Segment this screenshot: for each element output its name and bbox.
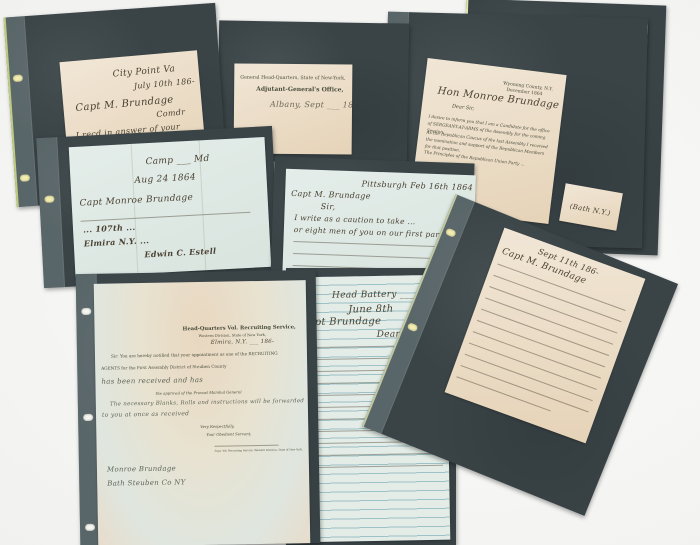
- recruiting-service-form: Head-Quarters Vol. Recruiting Service, W…: [94, 280, 311, 545]
- letter-body: I write as a caution to take ...: [294, 213, 416, 226]
- form-recipient-name: Monroe Brundage: [107, 464, 176, 473]
- letter-dateline: Pittsburgh Feb 16th 1864: [361, 179, 473, 192]
- binder-hole: [13, 74, 23, 82]
- photograph-scene: Pittsburgh Feb 1 1864 ... that your ... …: [0, 0, 700, 545]
- form-handwritten: has been received and has: [101, 376, 203, 386]
- binder-hole: [85, 524, 95, 531]
- form-date: Elmira, N.Y. ___ 186-: [211, 339, 275, 346]
- letter-body: Elmira N.Y. ...: [84, 235, 150, 248]
- form-handwritten: to you at once as received: [102, 410, 189, 419]
- letter-place: Head Battery ___: [332, 289, 414, 300]
- letter-recipient: Capt M. Brundage: [291, 189, 371, 201]
- sleeve-strip: [36, 137, 65, 288]
- letter-salutation: Dear Sir,: [452, 103, 475, 112]
- letter-body: or eight men of you on our first party .…: [294, 225, 458, 240]
- form-text: Sir: You are hereby notified that your a…: [111, 351, 278, 359]
- form-recipient-place: Bath Steuben Co NY: [107, 478, 186, 487]
- form-heading: Head-Quarters Vol. Recruiting Service,: [182, 324, 295, 332]
- letter-recipient: Capt Monroe Brundage: [79, 193, 193, 209]
- form-text: AGENTS for the First Assembly District o…: [101, 364, 226, 371]
- letter-camp: Camp ___ Md Aug 24 1864 Capt Monroe Brun…: [69, 137, 272, 277]
- form-subheading: Western Division, State of New York,: [199, 333, 266, 338]
- letterhead-date: Albany, Sept ___ 186-: [270, 100, 352, 110]
- letter-place: City Point Va: [112, 64, 175, 79]
- letter-date: June 8th: [348, 304, 393, 316]
- form-closing: Your Obedient Servant,: [206, 431, 251, 437]
- form-handwritten: The necessary Blanks, Rolls and instruct…: [110, 398, 304, 407]
- form-signature-title: Supt. Vol. Recruiting Service, Western D…: [215, 448, 303, 453]
- binder-hole: [44, 195, 54, 203]
- letter-body: ... 107th ...: [83, 222, 136, 235]
- form-closing: Very Respectfully,: [200, 423, 234, 429]
- binder-hole: [81, 308, 91, 315]
- letter-date: Aug 24 1864: [134, 173, 196, 186]
- form-text: the approval of the Provost Marshal Gene…: [156, 389, 242, 395]
- letterhead-line: General Head-Quarters, State of New-York…: [240, 76, 345, 82]
- binder-hole: [20, 174, 30, 182]
- letter-recipient-title: Comdr: [156, 107, 186, 118]
- letterhead-office: Adjutant-General's Office,: [256, 86, 343, 94]
- letter-salutation: Sir,: [321, 202, 336, 212]
- binder-hole: [83, 414, 93, 421]
- note-text: (Bath N.Y.): [569, 202, 611, 217]
- letter-date: July 10th 186-: [133, 77, 195, 91]
